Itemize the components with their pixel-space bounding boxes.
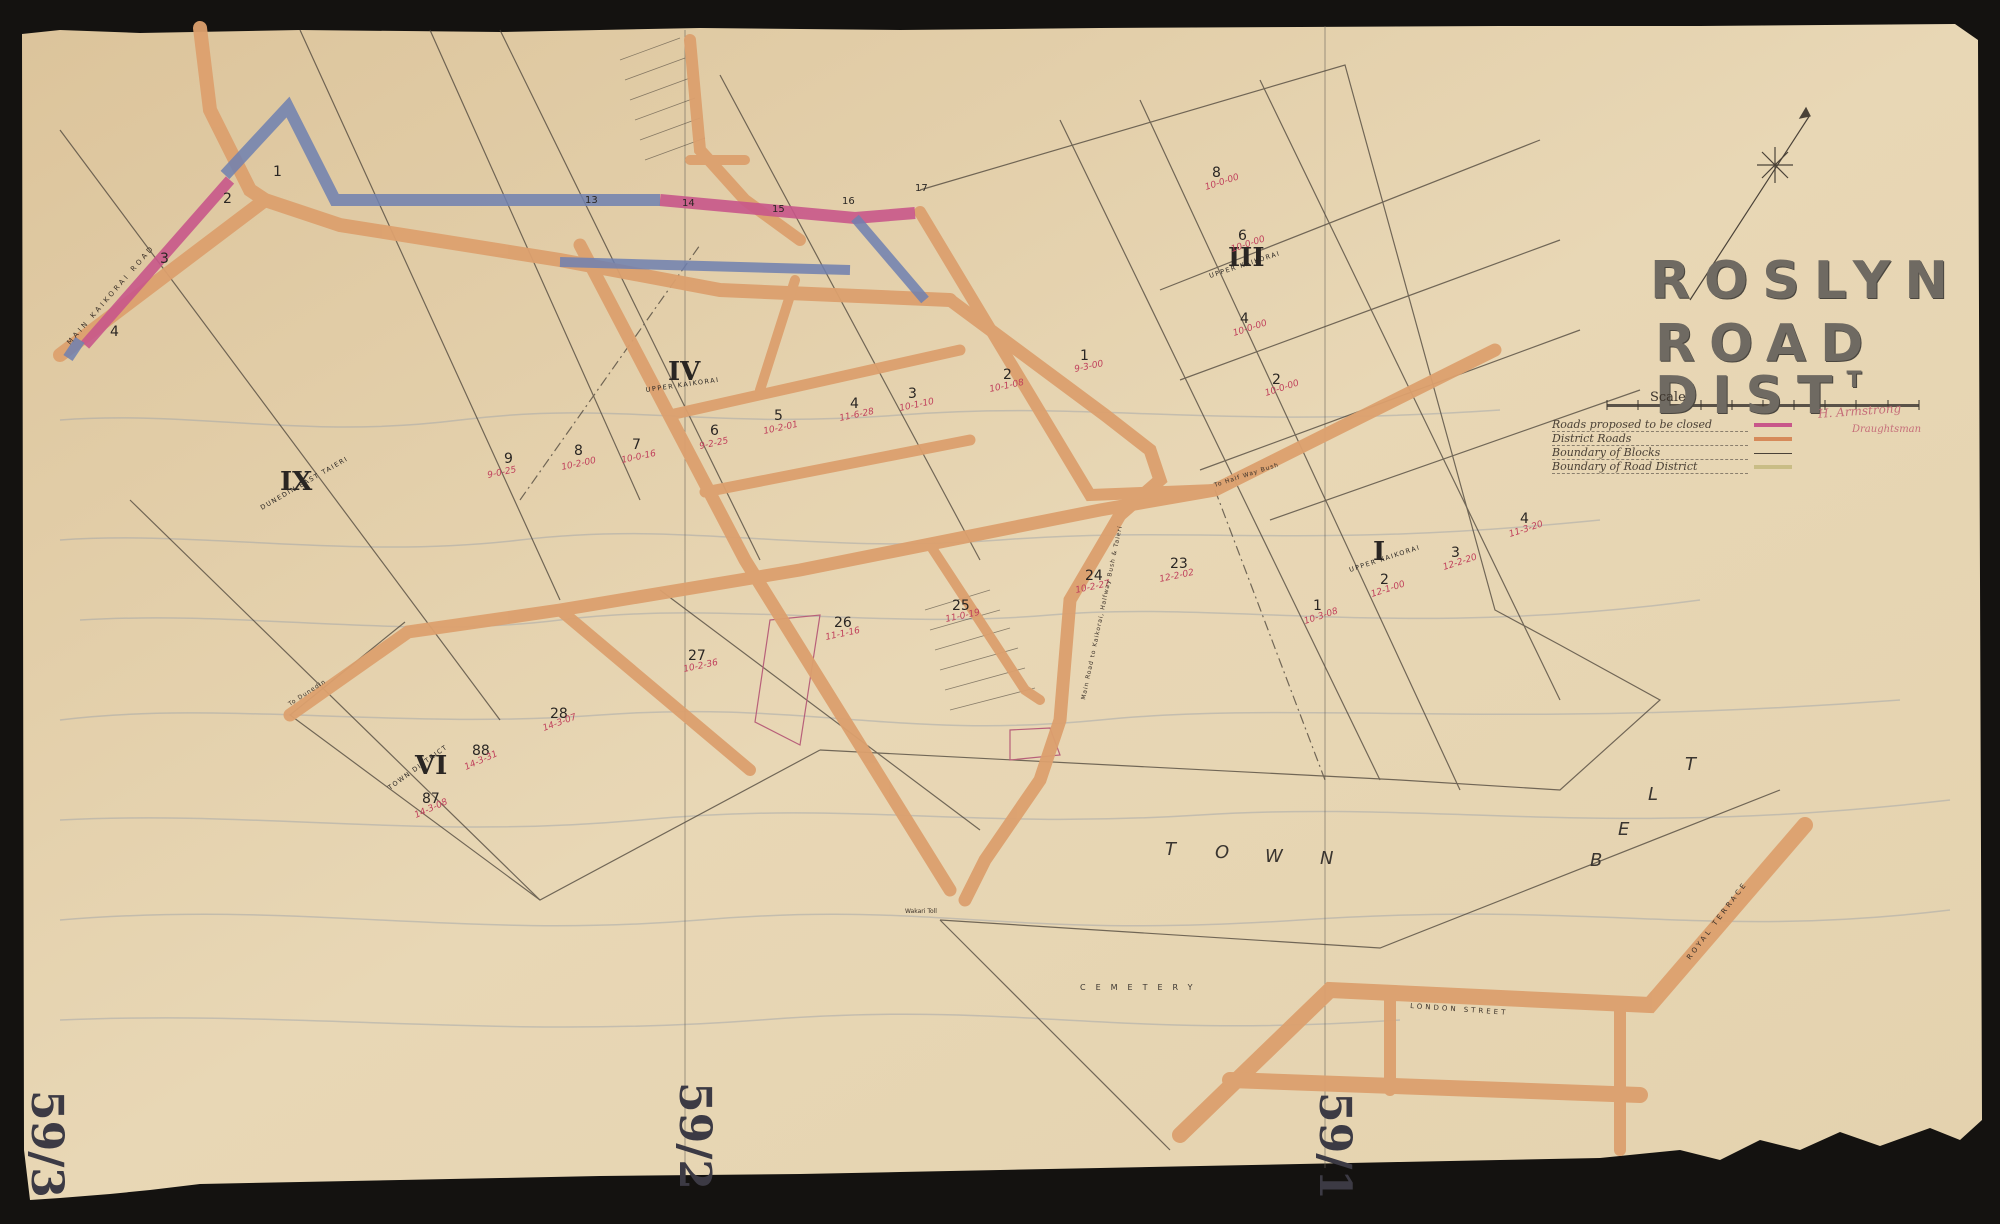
svg-text:N: N xyxy=(1320,848,1333,869)
sheet-id-59-2: 59/2 xyxy=(669,1082,720,1190)
map-legend: Roads proposed to be closed District Roa… xyxy=(1552,418,1792,474)
svg-text:4: 4 xyxy=(110,324,119,340)
title-superscript: T xyxy=(1846,368,1875,393)
svg-text:1: 1 xyxy=(273,164,282,180)
legend-swatch-olive xyxy=(1754,465,1792,469)
svg-text:8: 8 xyxy=(574,443,583,459)
svg-text:5: 5 xyxy=(774,408,783,424)
svg-text:B: B xyxy=(1590,850,1602,871)
svg-text:L: L xyxy=(1648,784,1658,805)
legend-item-roads-closed: Roads proposed to be closed xyxy=(1552,418,1792,432)
legend-swatch-orange xyxy=(1754,437,1792,441)
draughtsman-role: Draughtsman xyxy=(1852,424,1921,435)
sheet-id-59-1: 59/1 xyxy=(1309,1092,1360,1200)
svg-text:16: 16 xyxy=(842,196,855,207)
svg-text:3: 3 xyxy=(160,251,169,267)
sheet-id-59-3: 59/3 xyxy=(21,1090,72,1198)
svg-text:2: 2 xyxy=(223,191,232,207)
map-canvas: IV III I IX VI UPPER KAIKORAI UPPER KAIK… xyxy=(0,0,2000,1224)
map-title-line1: ROSLYN xyxy=(1650,255,1962,307)
legend-label: Boundary of Road District xyxy=(1552,460,1748,474)
legend-item-boundary-district: Boundary of Road District xyxy=(1552,460,1792,474)
legend-swatch-line xyxy=(1754,453,1792,454)
svg-text:O: O xyxy=(1215,842,1229,863)
svg-text:7: 7 xyxy=(632,437,641,453)
legend-label: District Roads xyxy=(1552,432,1748,446)
legend-item-boundary-blocks: Boundary of Blocks xyxy=(1552,446,1792,460)
scale-label: Scale xyxy=(1650,390,1686,405)
svg-text:6: 6 xyxy=(710,423,719,439)
svg-text:15: 15 xyxy=(772,204,785,215)
legend-label: Boundary of Blocks xyxy=(1552,446,1748,460)
svg-text:E: E xyxy=(1618,819,1630,840)
svg-text:14: 14 xyxy=(682,198,695,209)
svg-text:17: 17 xyxy=(915,183,928,194)
svg-text:W: W xyxy=(1265,846,1284,867)
svg-text:13: 13 xyxy=(585,195,598,206)
legend-label: Roads proposed to be closed xyxy=(1552,418,1748,432)
svg-text:9: 9 xyxy=(504,451,513,467)
legend-item-district-roads: District Roads xyxy=(1552,432,1792,446)
map-sheet: IV III I IX VI UPPER KAIKORAI UPPER KAIK… xyxy=(0,0,2000,1224)
cemetery-label: CEMETERY xyxy=(1080,983,1202,992)
legend-swatch-pink xyxy=(1754,423,1792,427)
svg-text:Wakari Toll: Wakari Toll xyxy=(905,908,937,915)
paper-sheet xyxy=(22,24,1982,1200)
